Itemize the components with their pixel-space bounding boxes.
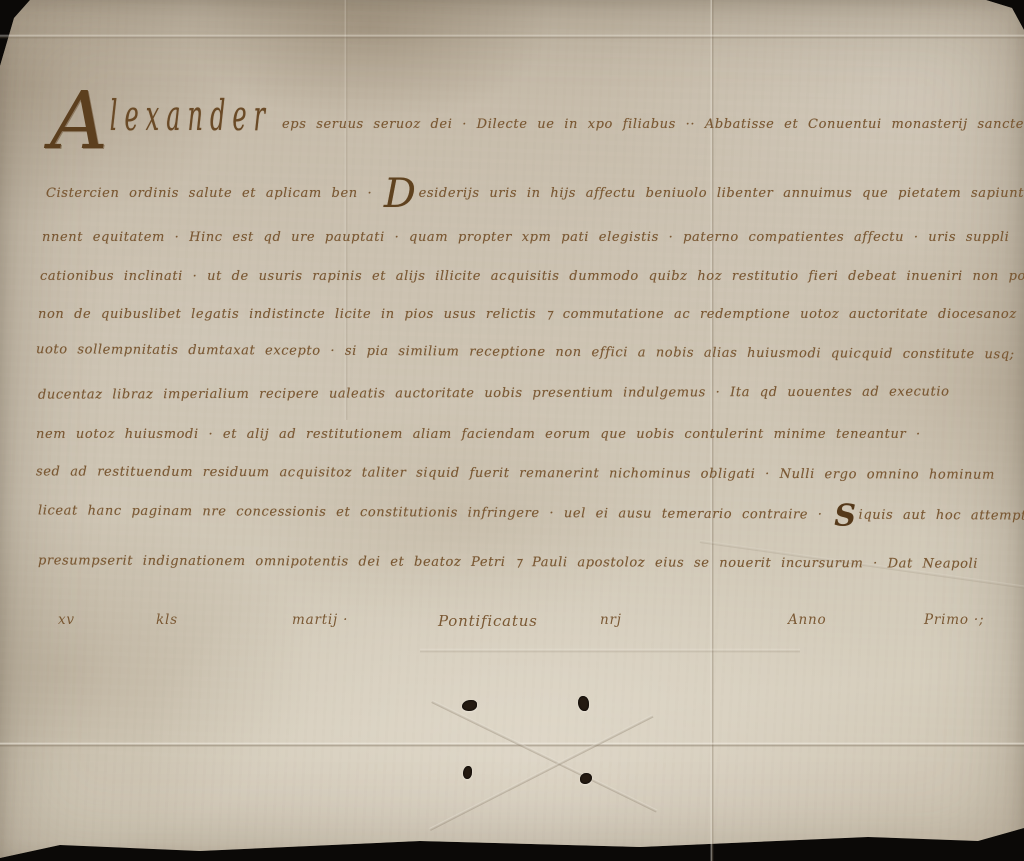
text-line-3: nnent equitatem · Hinc est qd ure paupta…	[42, 230, 1009, 245]
text-line-2: Cistercien ordinis salute et aplicam ben…	[46, 186, 1024, 201]
elongated-display-word: lexander	[110, 91, 272, 140]
decorated-initial-D: D	[384, 171, 417, 217]
text-line-7: ducentaz libraz imperialium recipere ual…	[38, 384, 950, 402]
dateline-anno: Anno	[788, 612, 826, 628]
dateline-primo: Primo ·;	[924, 612, 984, 628]
dateline-month: martij ·	[292, 612, 348, 628]
text-line-8: nem uotoz huiusmodi · et alij ad restitu…	[36, 427, 921, 442]
parchment-hole	[578, 696, 589, 711]
photograph-of-parchment: Alexandereps seruus seruoz dei · Dilecte…	[0, 0, 1024, 861]
dateline-day: xv	[58, 612, 75, 628]
decorated-initial-S: S	[834, 499, 856, 534]
horizontal-crease-faint	[420, 648, 800, 653]
dateline-pontificatus: Pontificatus	[438, 612, 538, 630]
dateline-nostri: nrj	[600, 612, 622, 628]
text-line-1: Alexandereps seruus seruoz dei · Dilecte…	[50, 106, 1024, 134]
horizontal-fold-crease-bottom	[0, 742, 1024, 747]
horizontal-fold-crease-top	[0, 34, 1024, 39]
decorated-initial-A: A	[50, 74, 108, 167]
line10-rest: iquis aut hoc attemptare	[859, 508, 1024, 524]
parchment-hole	[463, 766, 472, 779]
line1-text: eps seruus seruoz dei · Dilecte ue in xp…	[282, 117, 1024, 132]
line2-rest: esiderijs uris in hijs affectu beniuolo …	[419, 186, 1024, 201]
line2-pre: Cistercien ordinis salute et aplicam ben…	[46, 186, 372, 201]
dateline-kalends: kls	[156, 612, 178, 628]
text-line-5: non de quibuslibet legatis indistincte l…	[38, 307, 1024, 322]
text-line-4: cationibus inclinati · ut de usuris rapi…	[40, 269, 1024, 284]
